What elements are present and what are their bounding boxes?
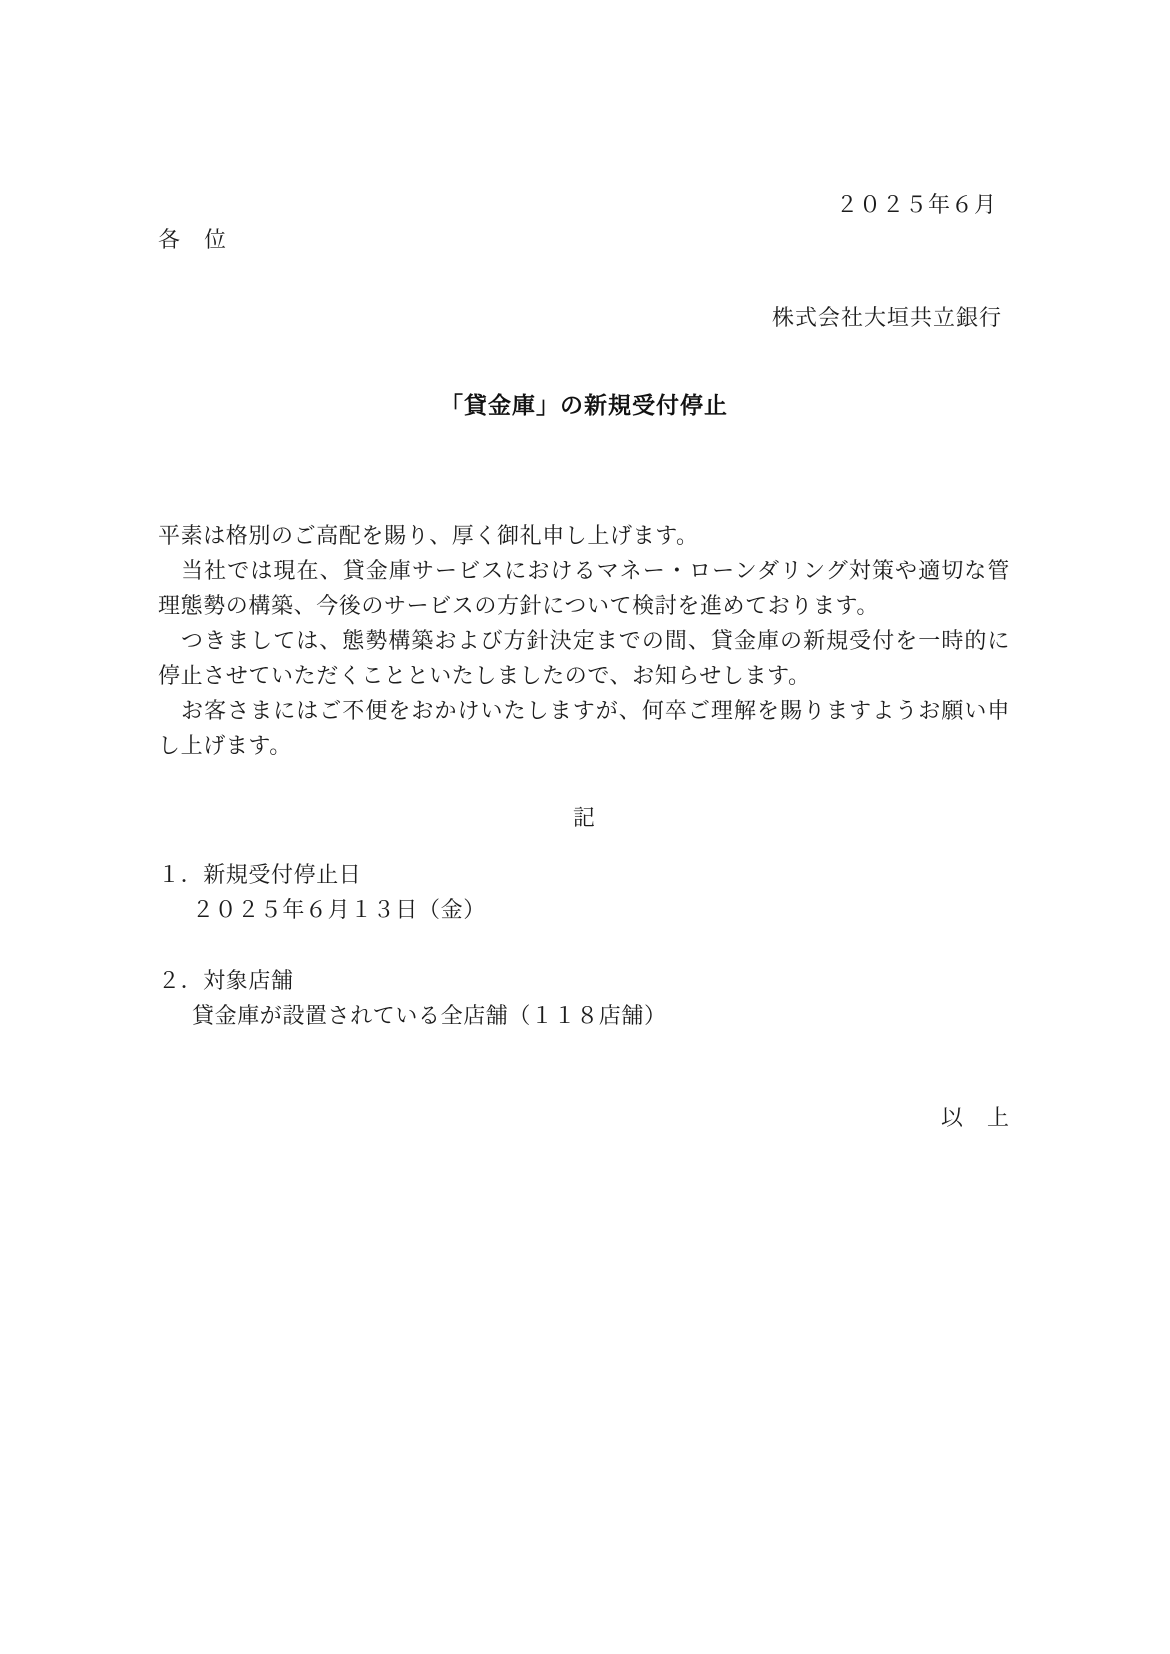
record-marker: 記: [158, 803, 1010, 833]
paragraph-background: 当社では現在、貸金庫サービスにおけるマネー・ローンダリング対策や適切な管理態勢の…: [158, 553, 1010, 623]
document-date: ２０２５年６月: [158, 190, 1010, 220]
recipient-label: 各 位: [158, 225, 1010, 255]
company-name: 株式会社大垣共立銀行: [158, 303, 1010, 333]
item-heading-target-branches: ２．対象店舗: [158, 963, 1010, 998]
paragraph-announcement: つきましては、態勢構築および方針決定までの間、貸金庫の新規受付を一時的に停止させ…: [158, 623, 1010, 693]
item-value-target-branches: 貸金庫が設置されている全店舗（１１８店舗）: [158, 998, 1010, 1033]
item-heading-suspension-date: １．新規受付停止日: [158, 857, 1010, 892]
paragraph-greeting: 平素は格別のご高配を賜り、厚く御礼申し上げます。: [158, 518, 1010, 553]
closing-marker: 以 上: [158, 1103, 1010, 1133]
item-value-suspension-date: ２０２５年６月１３日（金）: [158, 892, 1010, 927]
list-item-target-branches: ２．対象店舗 貸金庫が設置されている全店舗（１１８店舗）: [158, 963, 1010, 1033]
body-paragraphs: 平素は格別のご高配を賜り、厚く御礼申し上げます。 当社では現在、貸金庫サービスに…: [158, 518, 1010, 763]
document-page: ２０２５年６月 各 位 株式会社大垣共立銀行 「貸金庫」の新規受付停止 平素は格…: [0, 0, 1170, 1654]
list-item-suspension-date: １．新規受付停止日 ２０２５年６月１３日（金）: [158, 857, 1010, 927]
document-title: 「貸金庫」の新規受付停止: [158, 390, 1010, 420]
paragraph-apology: お客さまにはご不便をおかけいたしますが、何卒ご理解を賜りますようお願い申し上げま…: [158, 693, 1010, 763]
